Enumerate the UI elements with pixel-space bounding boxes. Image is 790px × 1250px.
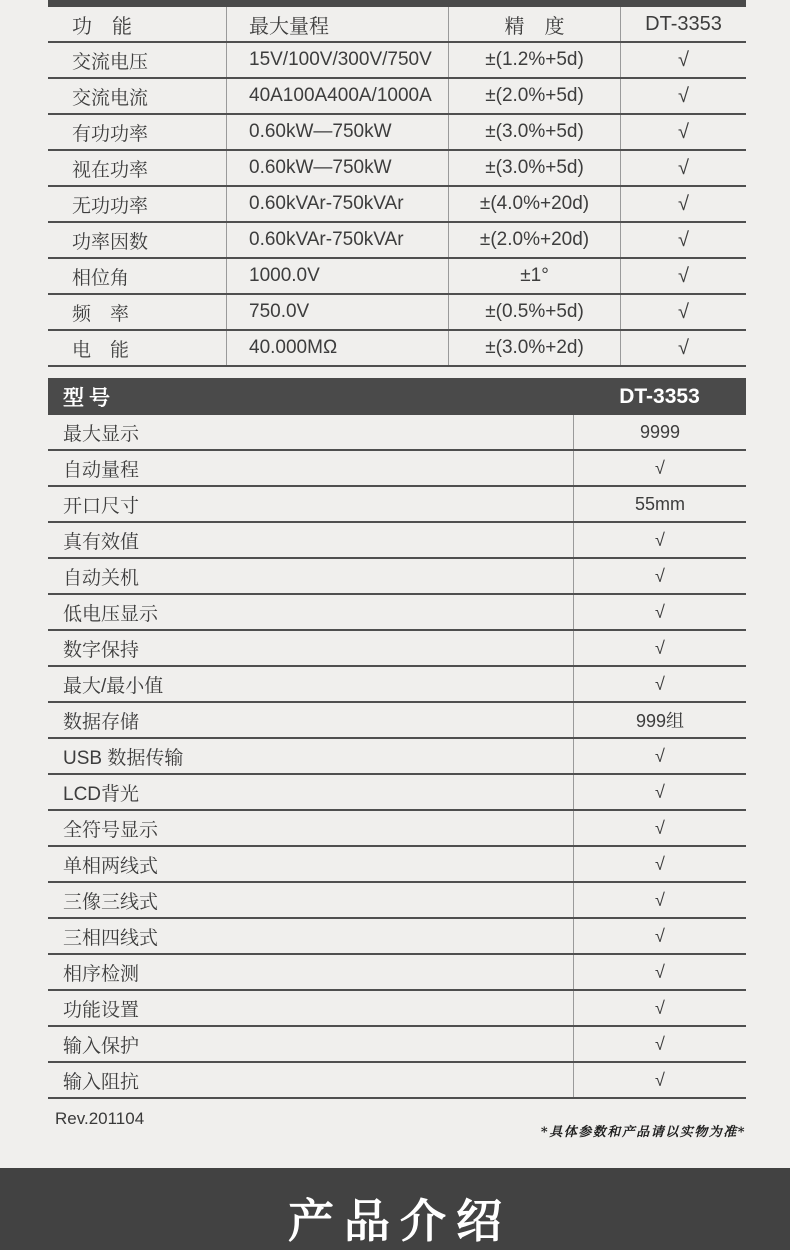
accuracy-cell: ±(3.0%+2d): [448, 331, 620, 365]
function-cell: 相位角: [48, 259, 226, 293]
feature-value: √: [573, 739, 746, 773]
range-cell: 15V/100V/300V/750V: [226, 43, 448, 77]
feature-row: 开口尺寸 55mm: [48, 487, 746, 523]
range-cell: 0.60kVAr-750kVAr: [226, 187, 448, 221]
accuracy-cell: ±(2.0%+20d): [448, 223, 620, 257]
function-cell: 无功功率: [48, 187, 226, 221]
feature-value: √: [573, 955, 746, 989]
accuracy-cell: ±(2.0%+5d): [448, 79, 620, 113]
feature-value: √: [573, 811, 746, 845]
feature-value: √: [573, 919, 746, 953]
feature-row: 单相两线式 √: [48, 847, 746, 883]
feature-value: √: [573, 1027, 746, 1061]
range-cell: 1000.0V: [226, 259, 448, 293]
revision-label: Rev.201104: [55, 1109, 144, 1129]
product-intro-banner: 产品介绍: [0, 1168, 790, 1250]
feature-value: √: [573, 883, 746, 917]
feature-value: 9999: [573, 415, 746, 449]
feature-label: 单相两线式: [48, 847, 573, 881]
table-row: 频 率 750.0V ±(0.5%+5d) √: [48, 295, 746, 331]
feature-value: 999组: [573, 703, 746, 737]
feature-row: 自动量程 √: [48, 451, 746, 487]
feature-label: 输入阻抗: [48, 1063, 573, 1097]
accuracy-spec-table: 功 能 最大量程 精 度 DT-3353 交流电压 15V/100V/300V/…: [48, 7, 746, 367]
feature-row: USB 数据传输 √: [48, 739, 746, 775]
feature-value: √: [573, 1063, 746, 1097]
col-header-model: DT-3353: [620, 7, 746, 41]
feature-value: √: [573, 991, 746, 1025]
range-cell: 0.60kVAr-750kVAr: [226, 223, 448, 257]
feature-row: LCD背光 √: [48, 775, 746, 811]
feature-label: 最大显示: [48, 415, 573, 449]
function-cell: 交流电流: [48, 79, 226, 113]
feature-value: √: [573, 451, 746, 485]
range-cell: 0.60kW—750kW: [226, 151, 448, 185]
range-cell: 40.000MΩ: [226, 331, 448, 365]
accuracy-cell: ±(1.2%+5d): [448, 43, 620, 77]
disclaimer-note: *具体参数和产品请以实物为准*: [541, 1121, 746, 1140]
function-cell: 电 能: [48, 331, 226, 365]
feature-label: 功能设置: [48, 991, 573, 1025]
supported-checkmark: √: [620, 79, 746, 113]
col-header-function: 功 能: [48, 7, 226, 41]
supported-checkmark: √: [620, 223, 746, 257]
feature-label: 自动量程: [48, 451, 573, 485]
feature-row: 最大/最小值 √: [48, 667, 746, 703]
feature-row: 功能设置 √: [48, 991, 746, 1027]
feature-row: 输入保护 √: [48, 1027, 746, 1063]
function-cell: 交流电压: [48, 43, 226, 77]
feature-row: 全符号显示 √: [48, 811, 746, 847]
feature-row: 低电压显示 √: [48, 595, 746, 631]
feature-label: 真有效值: [48, 523, 573, 557]
model-number: DT-3353: [573, 385, 746, 409]
feature-row: 三像三线式 √: [48, 883, 746, 919]
feature-label: 最大/最小值: [48, 667, 573, 701]
col-header-max-range: 最大量程: [226, 7, 448, 41]
feature-row: 数据存储 999组: [48, 703, 746, 739]
accuracy-cell: ±(3.0%+5d): [448, 115, 620, 149]
supported-checkmark: √: [620, 115, 746, 149]
supported-checkmark: √: [620, 151, 746, 185]
feature-label: 相序检测: [48, 955, 573, 989]
supported-checkmark: √: [620, 43, 746, 77]
feature-row: 数字保持 √: [48, 631, 746, 667]
feature-value: √: [573, 595, 746, 629]
accuracy-cell: ±1°: [448, 259, 620, 293]
table-row: 电 能 40.000MΩ ±(3.0%+2d) √: [48, 331, 746, 367]
feature-label: 数字保持: [48, 631, 573, 665]
model-table-header: 型号 DT-3353: [48, 378, 746, 415]
feature-value: 55mm: [573, 487, 746, 521]
accuracy-cell: ±(0.5%+5d): [448, 295, 620, 329]
function-cell: 频 率: [48, 295, 226, 329]
feature-label: 数据存储: [48, 703, 573, 737]
model-label: 型号: [48, 382, 573, 412]
function-cell: 功率因数: [48, 223, 226, 257]
table-row: 无功功率 0.60kVAr-750kVAr ±(4.0%+20d) √: [48, 187, 746, 223]
feature-row: 最大显示 9999: [48, 415, 746, 451]
spec-table-header-row: 功 能 最大量程 精 度 DT-3353: [48, 7, 746, 43]
accuracy-cell: ±(4.0%+20d): [448, 187, 620, 221]
product-spec-page: 功 能 最大量程 精 度 DT-3353 交流电压 15V/100V/300V/…: [0, 0, 790, 1250]
feature-row: 三相四线式 √: [48, 919, 746, 955]
feature-value: √: [573, 631, 746, 665]
banner-title: 产品介绍: [278, 1185, 512, 1250]
feature-label: 三相四线式: [48, 919, 573, 953]
feature-label: 低电压显示: [48, 595, 573, 629]
feature-value: √: [573, 559, 746, 593]
feature-row: 自动关机 √: [48, 559, 746, 595]
feature-value: √: [573, 847, 746, 881]
function-cell: 视在功率: [48, 151, 226, 185]
feature-label: 输入保护: [48, 1027, 573, 1061]
feature-row: 相序检测 √: [48, 955, 746, 991]
feature-value: √: [573, 667, 746, 701]
feature-label: 三像三线式: [48, 883, 573, 917]
feature-label: 全符号显示: [48, 811, 573, 845]
feature-label: USB 数据传输: [48, 739, 573, 773]
feature-value: √: [573, 523, 746, 557]
range-cell: 0.60kW—750kW: [226, 115, 448, 149]
table-row: 相位角 1000.0V ±1° √: [48, 259, 746, 295]
table-row: 交流电压 15V/100V/300V/750V ±(1.2%+5d) √: [48, 43, 746, 79]
function-cell: 有功功率: [48, 115, 226, 149]
supported-checkmark: √: [620, 295, 746, 329]
feature-row: 真有效值 √: [48, 523, 746, 559]
feature-label: 开口尺寸: [48, 487, 573, 521]
model-feature-table: 型号 DT-3353 最大显示 9999 自动量程 √ 开口尺寸 55mm 真有…: [48, 378, 746, 1099]
range-cell: 40A100A400A/1000A: [226, 79, 448, 113]
feature-label: LCD背光: [48, 775, 573, 809]
accuracy-cell: ±(3.0%+5d): [448, 151, 620, 185]
supported-checkmark: √: [620, 259, 746, 293]
table-row: 视在功率 0.60kW—750kW ±(3.0%+5d) √: [48, 151, 746, 187]
top-section-divider: [48, 0, 746, 7]
supported-checkmark: √: [620, 187, 746, 221]
table-row: 功率因数 0.60kVAr-750kVAr ±(2.0%+20d) √: [48, 223, 746, 259]
table-row: 交流电流 40A100A400A/1000A ±(2.0%+5d) √: [48, 79, 746, 115]
feature-value: √: [573, 775, 746, 809]
feature-row: 输入阻抗 √: [48, 1063, 746, 1099]
table-row: 有功功率 0.60kW—750kW ±(3.0%+5d) √: [48, 115, 746, 151]
range-cell: 750.0V: [226, 295, 448, 329]
supported-checkmark: √: [620, 331, 746, 365]
col-header-accuracy: 精 度: [448, 7, 620, 41]
feature-label: 自动关机: [48, 559, 573, 593]
